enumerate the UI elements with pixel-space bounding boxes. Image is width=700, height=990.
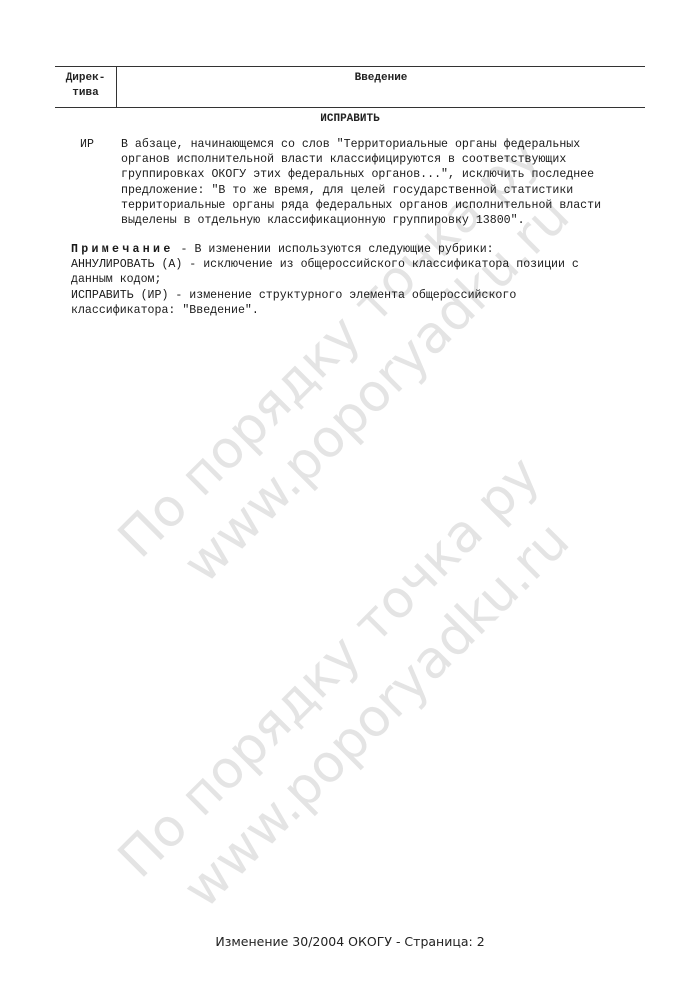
text-line: В абзаце, начинающемся со слов "Территор…: [121, 137, 601, 152]
text-line: органов исполнительной власти классифици…: [121, 152, 601, 167]
directive-entry: ИР В абзаце, начинающемся со слов "Терри…: [80, 137, 650, 228]
directive-label-line1: Дирек-: [55, 71, 116, 86]
watermark-text: По порядку точка ру: [110, 448, 549, 887]
note-label: Примечание: [71, 243, 174, 256]
section-column-header: Введение: [117, 67, 645, 107]
watermark-url: www.poporyadku.ru: [175, 513, 578, 916]
text-line: предложение: "В то же время, для целей г…: [121, 183, 601, 198]
note-intro: - В изменении используются следующие руб…: [174, 243, 494, 256]
note-intro-line: Примечание - В изменении используются сл…: [71, 242, 651, 257]
note-line: ИСПРАВИТЬ (ИР) - изменение структурного …: [71, 288, 651, 303]
document-page: По порядку точка ру www.poporyadku.ru По…: [0, 0, 700, 990]
directive-label-line2: тива: [55, 86, 116, 101]
text-line: группировках ОКОГУ этих федеральных орга…: [121, 167, 601, 182]
directive-text: В абзаце, начинающемся со слов "Территор…: [121, 137, 601, 228]
directive-code: ИР: [80, 137, 121, 228]
page-footer: Изменение 30/2004 ОКОГУ - Страница: 2: [0, 934, 700, 949]
text-line: территориальные органы ряда федеральных …: [121, 198, 601, 213]
note-line: данным кодом;: [71, 272, 651, 287]
note-line: АННУЛИРОВАТЬ (А) - исключение из общерос…: [71, 257, 651, 272]
text-line: выделены в отдельную классификационную г…: [121, 213, 601, 228]
note-block: Примечание - В изменении используются сл…: [71, 242, 651, 318]
directive-column-header: Дирек- тива: [55, 67, 117, 107]
section-title: ИСПРАВИТЬ: [55, 113, 645, 125]
header-table: Дирек- тива Введение: [55, 66, 645, 108]
note-line: классификатора: "Введение".: [71, 303, 651, 318]
